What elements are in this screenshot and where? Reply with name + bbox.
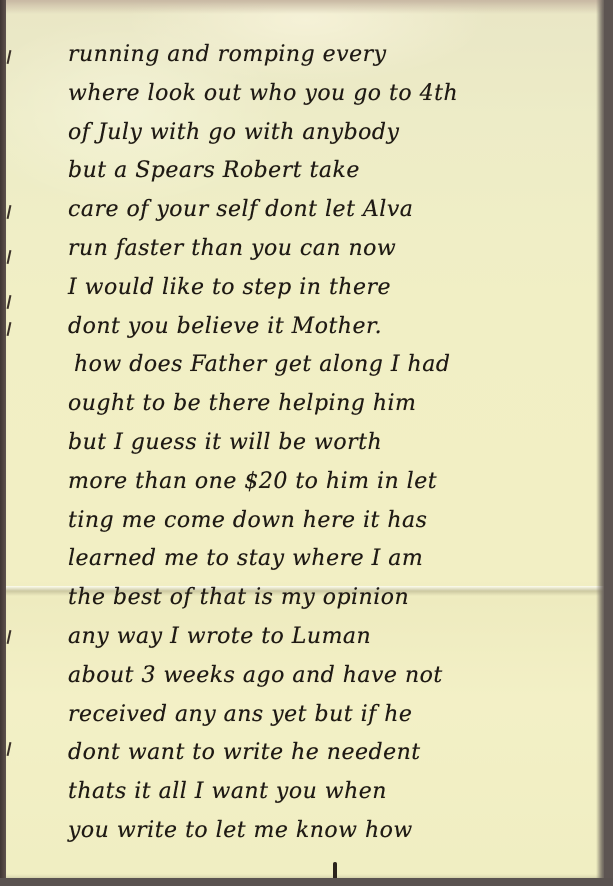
text-line: dont want to write he needent	[68, 734, 598, 773]
margin-mark	[7, 50, 12, 64]
margin-mark	[7, 742, 12, 756]
text-line: run faster than you can now	[68, 230, 598, 269]
text-line: dont you believe it Mother.	[68, 308, 598, 347]
margin-mark	[7, 250, 12, 264]
handwritten-text: running and romping every where look out…	[68, 36, 598, 851]
margin-mark	[7, 322, 12, 336]
scan-frame: running and romping every where look out…	[0, 0, 613, 886]
text-line: thats it all I want you when	[68, 773, 598, 812]
text-line: how does Father get along I had	[68, 346, 598, 385]
scan-bottom-border	[0, 878, 613, 886]
text-line: the best of that is my opinion	[68, 579, 598, 618]
margin-mark	[7, 205, 12, 219]
text-line: more than one $20 to him in let	[68, 463, 598, 502]
text-line: I would like to step in there	[68, 269, 598, 308]
margin-mark	[7, 630, 12, 644]
text-line: ought to be there helping him	[68, 385, 598, 424]
margin-mark	[7, 295, 12, 309]
left-margin-marks	[6, 0, 20, 878]
text-line: learned me to stay where I am	[68, 540, 598, 579]
text-line: ting me come down here it has	[68, 502, 598, 541]
text-line: of July with go with anybody	[68, 114, 598, 153]
text-line: you write to let me know how	[68, 812, 598, 851]
text-line: received any ans yet but if he	[68, 696, 598, 735]
text-line: about 3 weeks ago and have not	[68, 657, 598, 696]
text-line: any way I wrote to Luman	[68, 618, 598, 657]
text-line: but a Spears Robert take	[68, 152, 598, 191]
text-line: but I guess it will be worth	[68, 424, 598, 463]
text-line: where look out who you go to 4th	[68, 75, 598, 114]
letter-page: running and romping every where look out…	[6, 0, 604, 878]
text-line: running and romping every	[68, 36, 598, 75]
text-line: care of your self dont let Alva	[68, 191, 598, 230]
paper-top-edge	[6, 0, 604, 14]
